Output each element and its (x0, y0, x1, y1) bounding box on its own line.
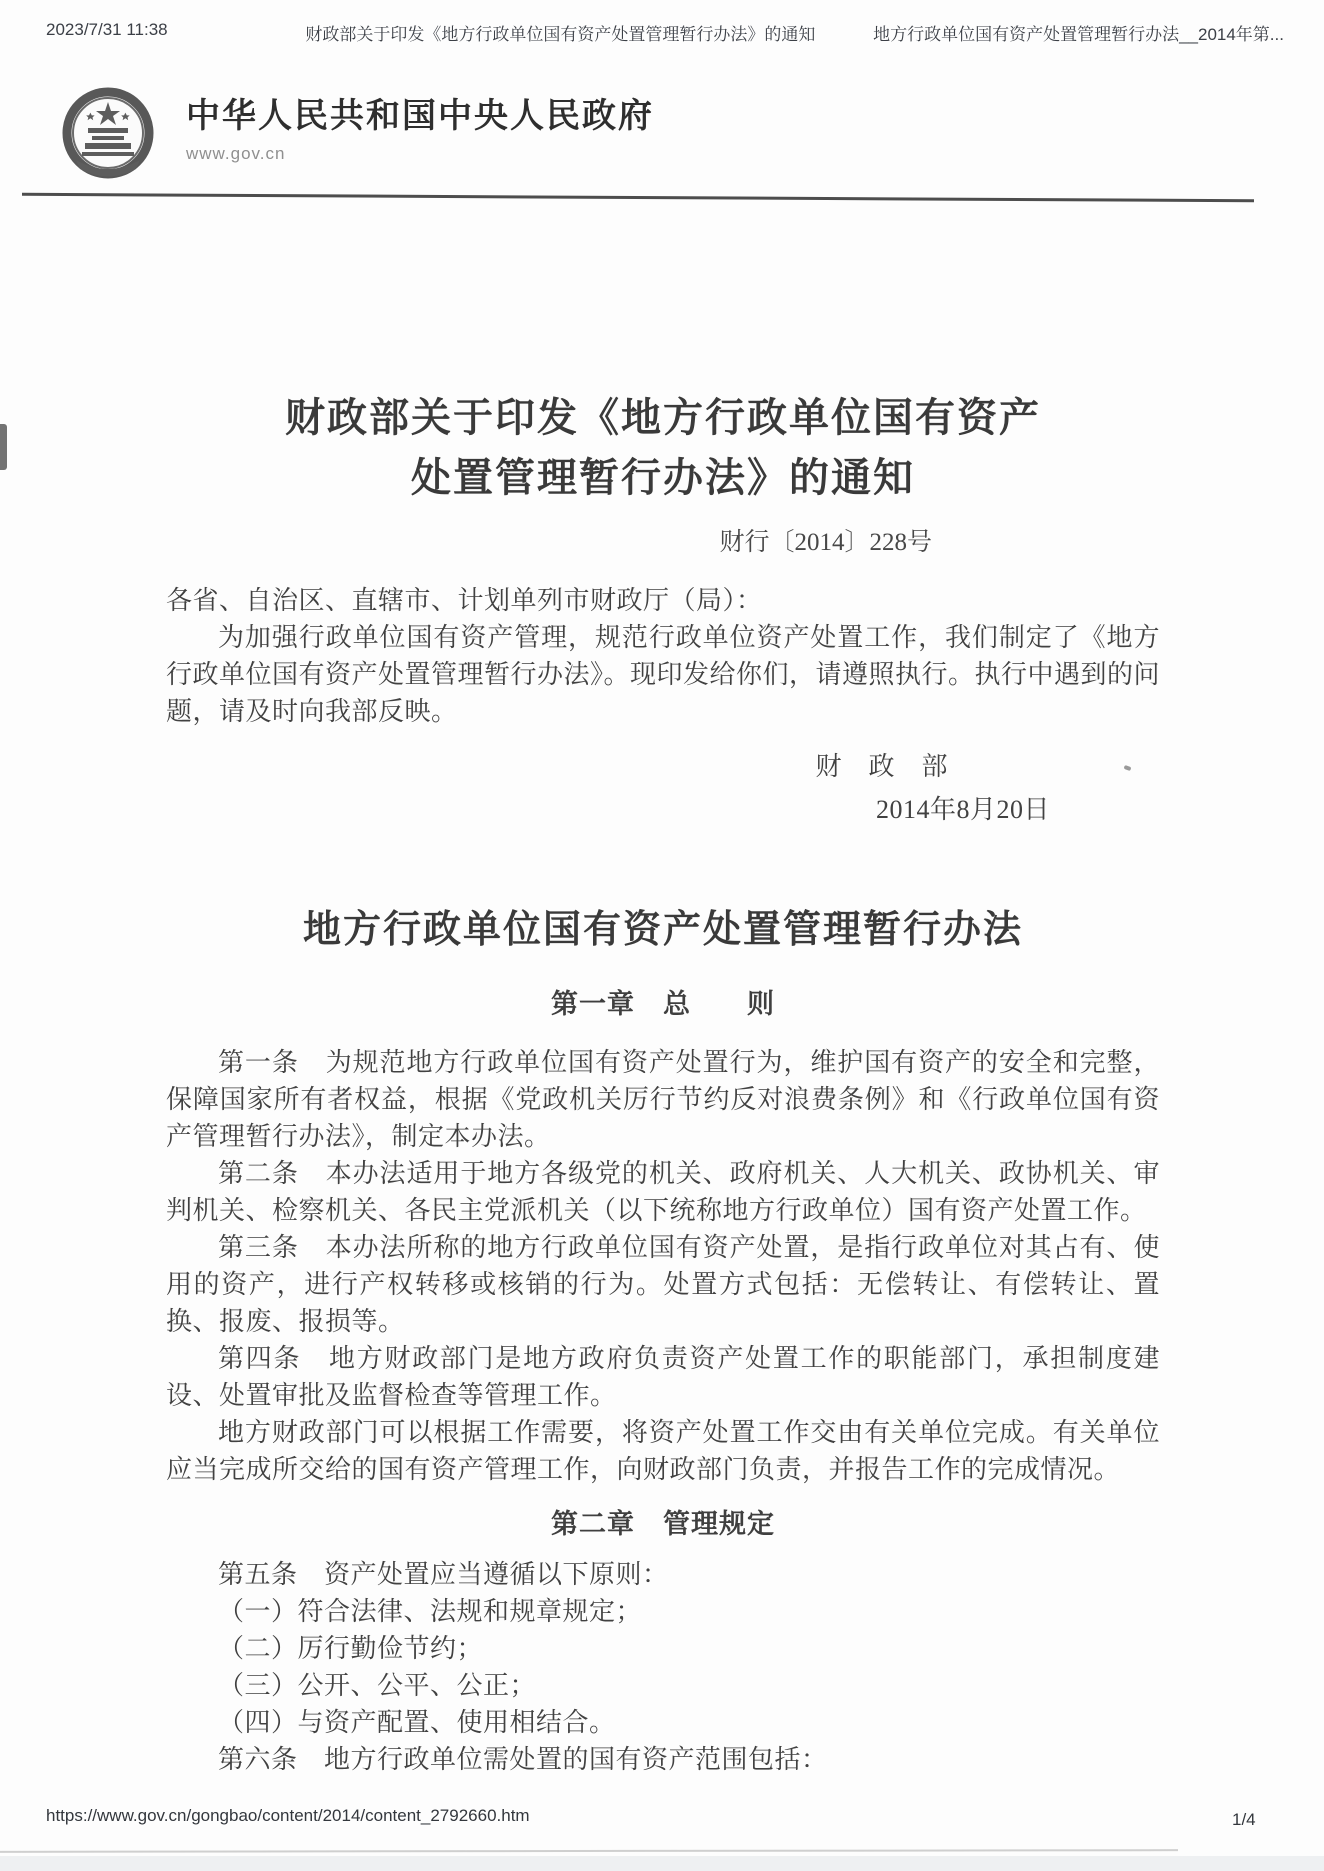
notice-title-line1: 财政部关于印发《地方行政单位国有资产 (166, 388, 1160, 448)
principle-3: （三）公开、公平、公正； (166, 1667, 1160, 1704)
principle-2: （二）厉行勤俭节约； (166, 1630, 1160, 1667)
article-5: 第五条 资产处置应当遵循以下原则： (166, 1556, 1160, 1593)
signature-organization: 财 政 部 (166, 746, 1160, 788)
site-name: 中华人民共和国中央人民政府 (186, 88, 654, 137)
china-national-emblem-icon (54, 86, 162, 186)
scan-bottom-strip (0, 1856, 1324, 1871)
article-1: 第一条 为规范地方行政单位国有资产处置行为，维护国有资产的安全和完整，保障国家所… (166, 1044, 1160, 1155)
print-header-title-truncated: 地方行政单位国有资产处置管理暂行办法__2014年第... (873, 20, 1284, 45)
site-banner-text: 中华人民共和国中央人民政府 www.gov.cn (186, 86, 654, 164)
notice-body-paragraph: 为加强行政单位国有资产管理，规范行政单位资产处置工作，我们制定了《地方行政单位国… (166, 619, 1160, 730)
print-timestamp: 2023/7/31 11:38 (46, 20, 168, 40)
regulation-title: 地方行政单位国有资产处置管理暂行办法 (166, 906, 1160, 954)
principle-4: （四）与资产配置、使用相结合。 (166, 1704, 1160, 1741)
chapter-2-articles: 第五条 资产处置应当遵循以下原则： （一）符合法律、法规和规章规定； （二）厉行… (166, 1556, 1160, 1778)
site-url: www.gov.cn (186, 144, 654, 164)
scan-edge-mark (0, 424, 7, 470)
chapter-1-articles: 第一条 为规范地方行政单位国有资产处置行为，维护国有资产的安全和完整，保障国家所… (166, 1044, 1160, 1488)
print-footer-url: https://www.gov.cn/gongbao/content/2014/… (46, 1806, 530, 1826)
article-3: 第三条 本办法所称的地方行政单位国有资产处置，是指行政单位对其占有、使用的资产，… (166, 1229, 1160, 1340)
article-4-continuation: 地方财政部门可以根据工作需要，将资产处置工作交由有关单位完成。有关单位应当完成所… (166, 1414, 1160, 1488)
printed-document-page: 2023/7/31 11:38 财政部关于印发《地方行政单位国有资产处置管理暂行… (0, 0, 1324, 1871)
banner-divider (22, 193, 1254, 202)
principle-1: （一）符合法律、法规和规章规定； (166, 1593, 1160, 1630)
print-footer-page-indicator: 1/4 (1232, 1810, 1256, 1830)
article-4: 第四条 地方财政部门是地方政府负责资产处置工作的职能部门，承担制度建设、处置审批… (166, 1340, 1160, 1414)
document-number: 财行〔2014〕228号 (166, 522, 1160, 558)
print-header-title: 财政部关于印发《地方行政单位国有资产处置管理暂行办法》的通知 (305, 20, 815, 45)
chapter-2-heading: 第二章 管理规定 (166, 1504, 1160, 1544)
signature-date: 2014年8月20日 (166, 788, 1160, 832)
chapter-1-heading: 第一章 总 则 (166, 984, 1160, 1024)
site-banner: 中华人民共和国中央人民政府 www.gov.cn (54, 86, 654, 186)
print-header: 2023/7/31 11:38 财政部关于印发《地方行政单位国有资产处置管理暂行… (46, 20, 1284, 45)
notice-title-line2: 处置管理暂行办法》的通知 (166, 448, 1160, 508)
salutation: 各省、自治区、直辖市、计划单列市财政厅（局）： (166, 582, 1160, 619)
article-2: 第二条 本办法适用于地方各级党的机关、政府机关、人大机关、政协机关、审判机关、检… (166, 1155, 1160, 1229)
scan-bottom-edge-line (0, 1849, 1178, 1853)
document-body: 财政部关于印发《地方行政单位国有资产 处置管理暂行办法》的通知 财行〔2014〕… (166, 388, 1160, 1778)
article-6: 第六条 地方行政单位需处置的国有资产范围包括： (166, 1741, 1160, 1778)
